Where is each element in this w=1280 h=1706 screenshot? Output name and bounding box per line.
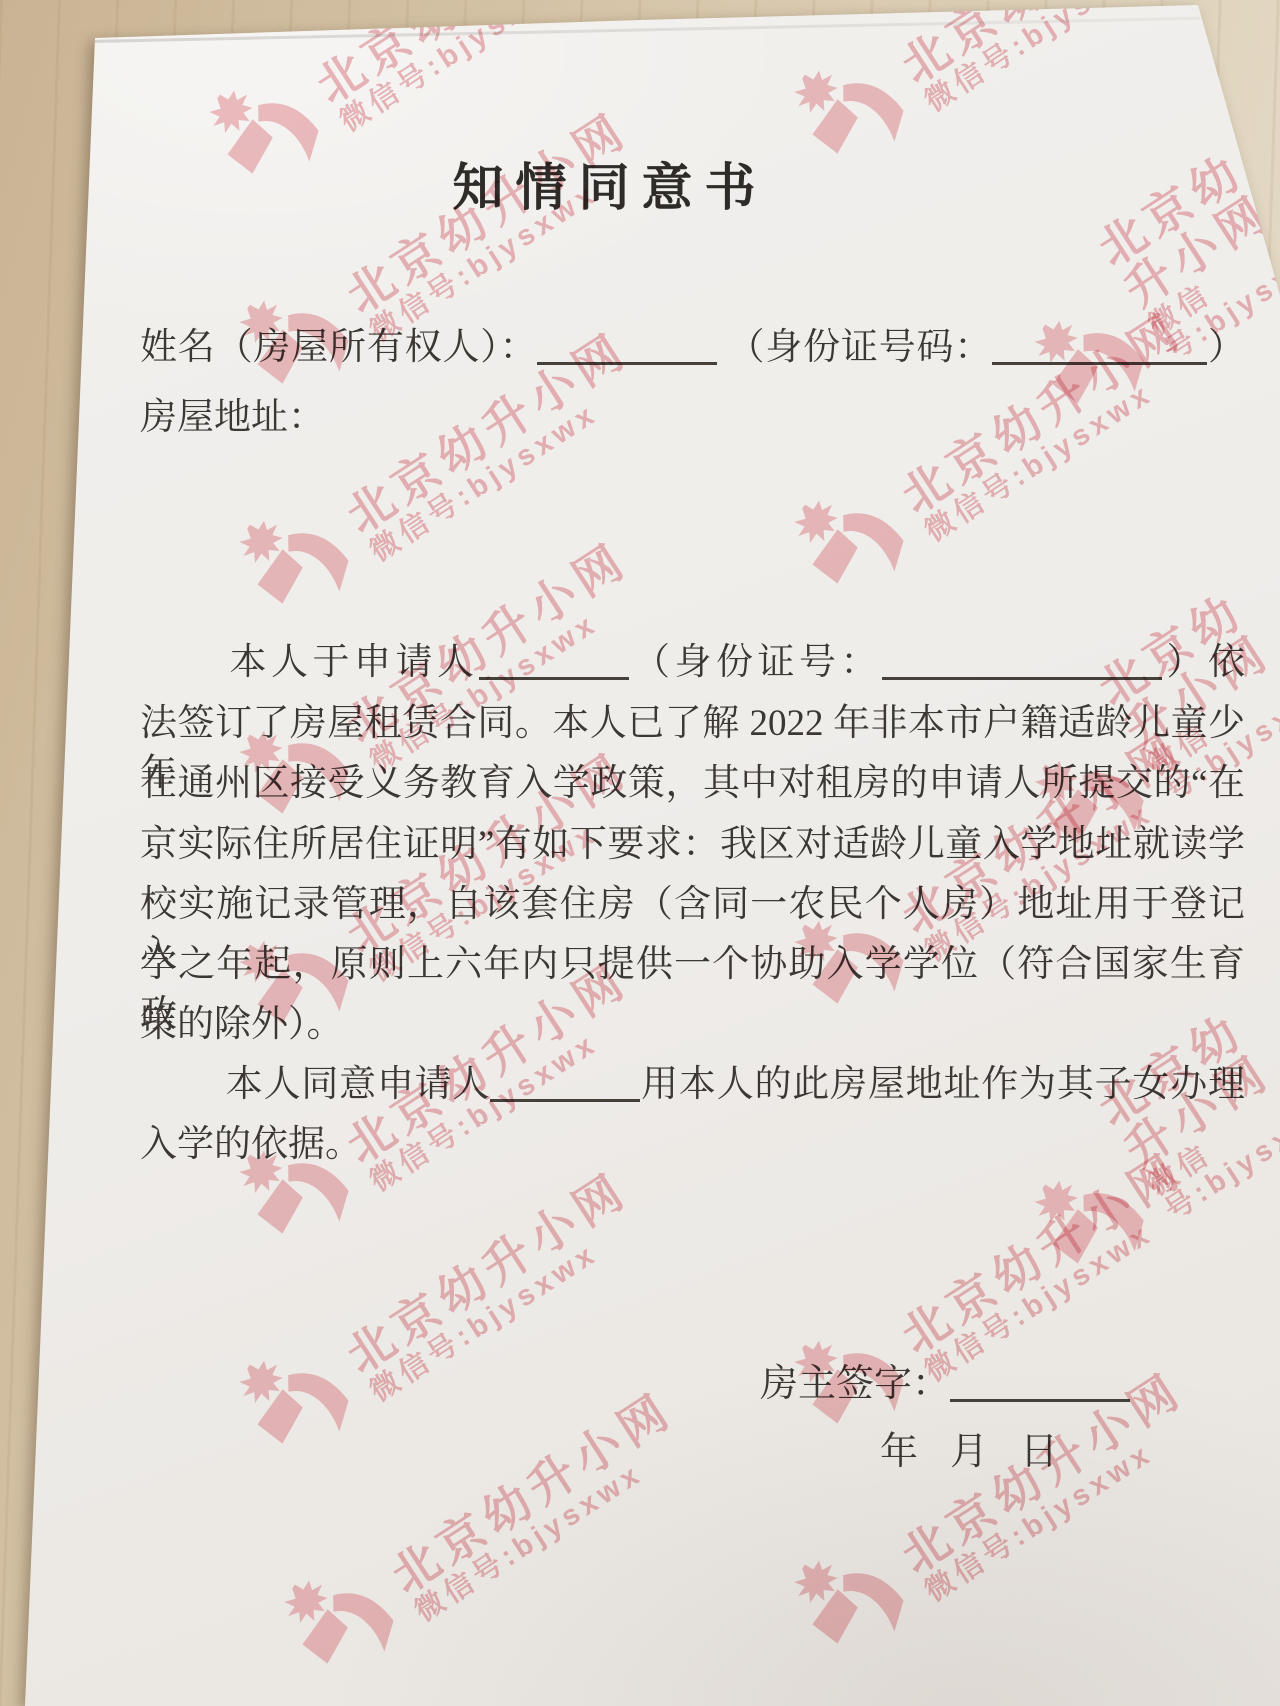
para1-id-close: ）依 xyxy=(1162,642,1245,683)
photographed-paper: 知情同意书 姓名（房屋所有权人）： （身份证号码：） 房屋地址： 本人于申请人（… xyxy=(0,0,1280,1706)
owner-name-line: 姓名（房屋所有权人）： （身份证号码：） xyxy=(140,323,1245,375)
applicant-id-blank xyxy=(882,677,1162,680)
owner-id-close: ） xyxy=(1207,327,1245,368)
para2-line2: 入学的依据。 xyxy=(140,1120,1245,1172)
month-label: 月 xyxy=(950,1431,988,1473)
para2-lead: 本人同意申请人 xyxy=(225,1064,490,1105)
para1-line6: 学之年起，原则上六年内只提供一个协助入学学位（符合国家生育政 xyxy=(140,940,1245,992)
para1-line5: 校实施记录管理，自该套住房（含同一农民个人房）地址用于登记入 xyxy=(140,880,1245,932)
para2-line1: 本人同意申请人用本人的此房屋地址作为其子女办理 xyxy=(140,1060,1245,1112)
owner-id-blank xyxy=(992,362,1207,365)
para1-id-label: （身份证号： xyxy=(629,642,883,683)
consent-form-page: 知情同意书 姓名（房屋所有权人）： （身份证号码：） 房屋地址： 本人于申请人（… xyxy=(0,0,1280,1706)
para1-line2: 法签订了房屋租赁合同。本人已了解 2022 年非本市户籍适龄儿童少年 xyxy=(140,699,1245,751)
para1-line3: 在通州区接受义务教育入学政策，其中对租房的申请人所提交的“在 xyxy=(140,759,1245,811)
owner-name-label: 姓名（房屋所有权人）： xyxy=(140,327,537,368)
date-line: 年月日 xyxy=(880,1420,1090,1475)
applicant-name-blank xyxy=(479,677,629,680)
owner-id-label: （身份证号码： xyxy=(728,327,993,368)
para2-tail: 用本人的此房屋地址作为其子女办理 xyxy=(640,1064,1245,1105)
day-label: 日 xyxy=(1020,1431,1058,1473)
signature-label: 房主签字： xyxy=(760,1363,950,1405)
para1-line4: 京实际住所居住证明”有如下要求：我区对适龄儿童入学地址就读学 xyxy=(140,820,1245,872)
signature-line: 房主签字： xyxy=(760,1352,1130,1407)
address-label: 房屋地址： xyxy=(140,397,325,438)
signature-blank xyxy=(950,1399,1130,1402)
consent-applicant-blank xyxy=(490,1099,640,1102)
year-label: 年 xyxy=(880,1431,918,1473)
para1-lead: 本人于申请人 xyxy=(225,642,479,683)
document-title: 知情同意书 xyxy=(140,146,1080,220)
para1-line7: 策的除外）。 xyxy=(140,1000,1245,1052)
para1-line1: 本人于申请人（身份证号：）依 xyxy=(140,638,1245,690)
document-body: 知情同意书 姓名（房屋所有权人）： （身份证号码：） 房屋地址： 本人于申请人（… xyxy=(0,0,1280,1706)
address-line: 房屋地址： xyxy=(140,393,1245,445)
owner-name-blank xyxy=(537,362,717,365)
